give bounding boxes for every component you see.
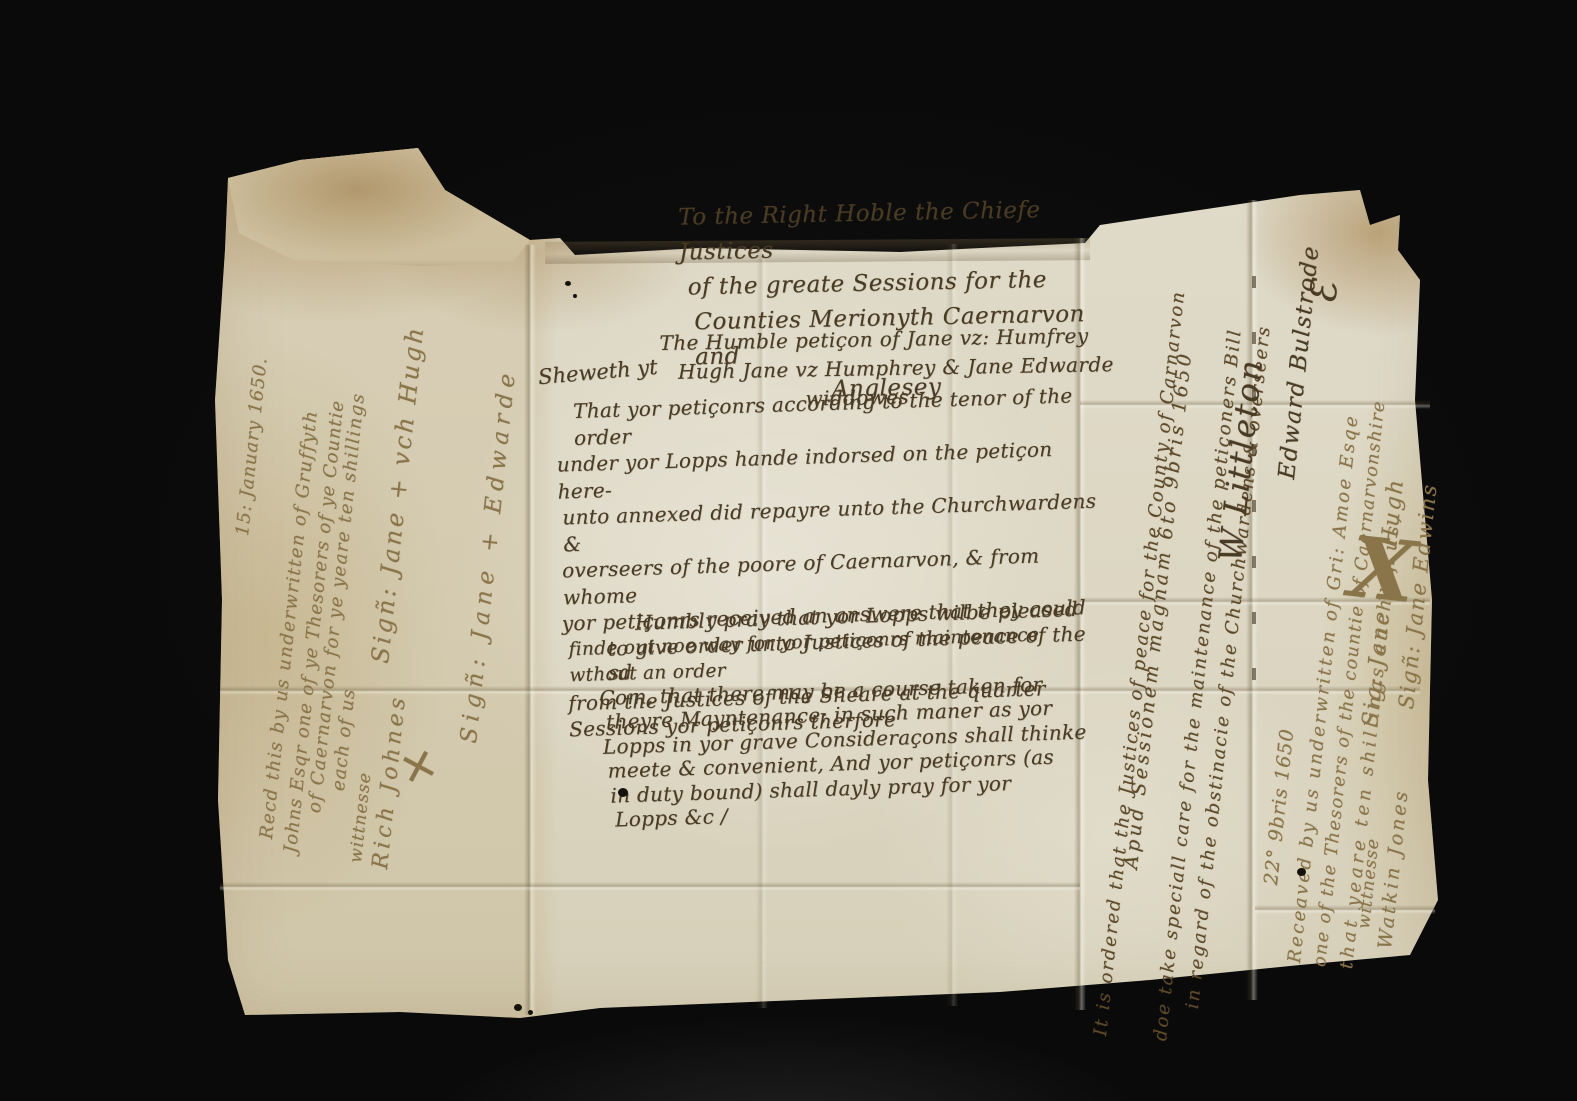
ink-blot (618, 788, 628, 797)
signature-flourish: Ɛ (1306, 280, 1344, 306)
signature-x-mark: X (1346, 525, 1420, 615)
address-line-1: To the Right Hoble the Chiefe Justices (678, 191, 1119, 270)
horizontal-crease-2 (220, 882, 1080, 891)
ink-blot (573, 294, 577, 298)
document-photo: To the Right Hoble the Chiefe Justices o… (0, 0, 1577, 1101)
ink-blot (1297, 868, 1306, 876)
vertical-fold-left (524, 245, 536, 1015)
ink-blot (565, 281, 571, 286)
ink-blot (514, 1004, 522, 1011)
ink-blot (528, 1010, 533, 1015)
